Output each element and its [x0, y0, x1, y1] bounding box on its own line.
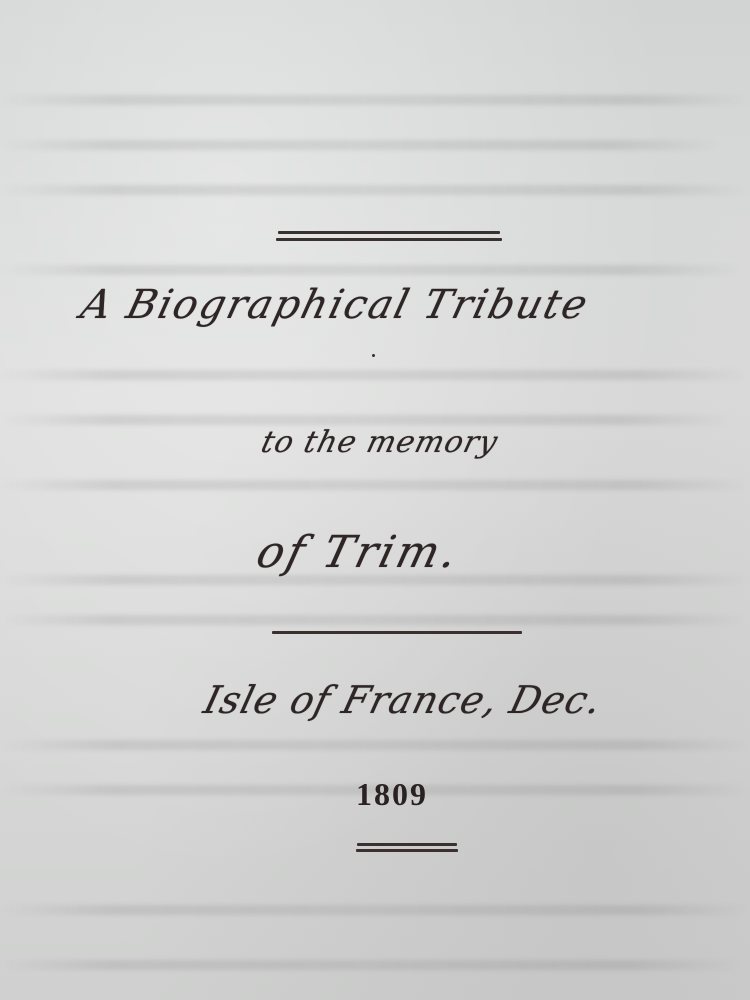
bleed-through-line — [0, 905, 750, 915]
title-line-3: of Trim. — [252, 527, 466, 578]
bleed-through-line — [0, 95, 750, 105]
bleed-through-line — [0, 265, 740, 275]
bleed-through-line — [0, 185, 750, 195]
bleed-through-line — [0, 615, 745, 625]
place-date: Isle of France, Dec. — [200, 678, 607, 722]
bleed-through-line — [0, 140, 720, 150]
bottom-double-rule-lower — [356, 849, 458, 852]
manuscript-page: A Biographical Tribute to the memory of … — [0, 0, 750, 1000]
title-line-1: A Biographical Tribute — [76, 282, 594, 328]
top-double-rule-lower — [276, 238, 502, 241]
top-double-rule-upper — [278, 231, 500, 234]
bleed-through-line — [0, 415, 730, 425]
middle-rule — [272, 631, 522, 634]
bottom-double-rule-upper — [357, 843, 457, 846]
bleed-through-line — [0, 480, 750, 490]
ink-dot — [372, 354, 375, 357]
year: 1809 — [356, 776, 428, 813]
bleed-through-line — [0, 370, 750, 380]
bleed-through-line — [0, 960, 740, 970]
bleed-through-line — [0, 740, 750, 750]
title-line-2: to the memory — [258, 425, 502, 460]
